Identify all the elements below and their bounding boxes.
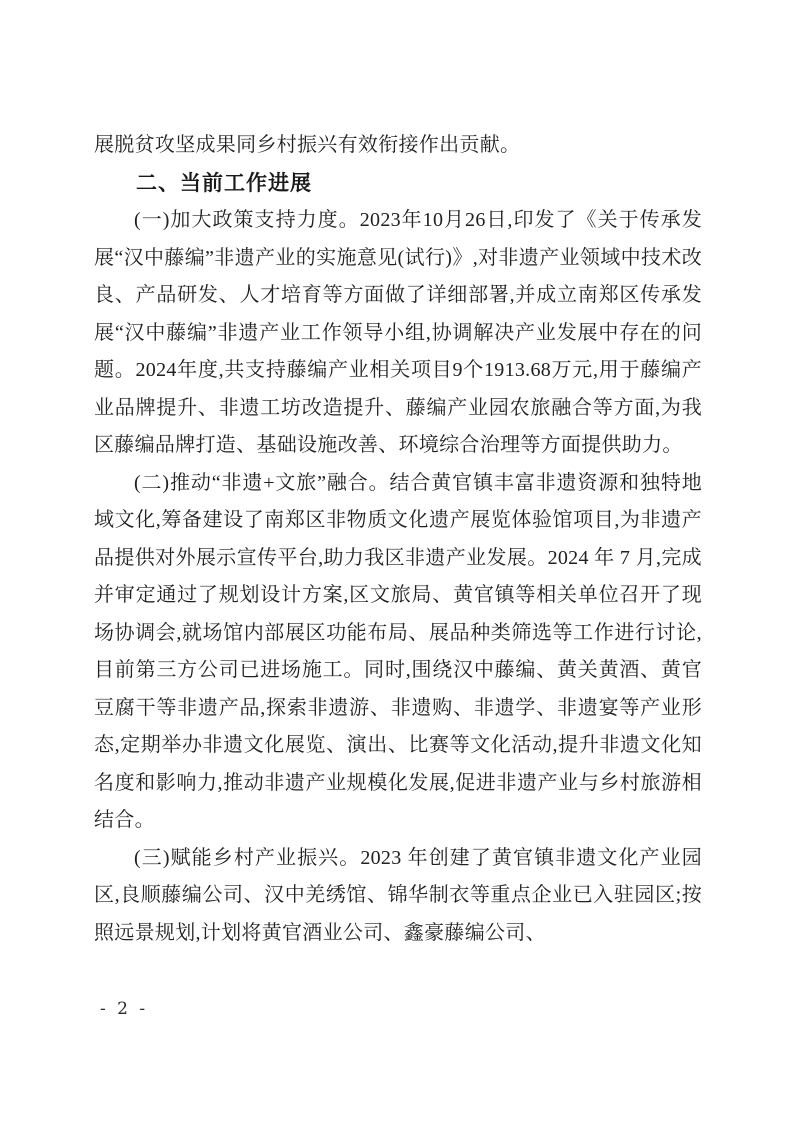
page-number: - 2 - (100, 999, 148, 1019)
paragraph-lead: (三)赋能乡村产业振兴。 (134, 847, 360, 869)
paragraph-body: 结合黄官镇丰富非遗资源和独特地域文化,筹备建设了南郑区非物质文化遗产展览体验馆项… (94, 472, 702, 832)
document-body: 展脱贫攻坚成果同乡村振兴有效衔接作出贡献。 二、当前工作进展 (一)加大政策支持… (94, 127, 702, 952)
continuation-paragraph: 展脱贫攻坚成果同乡村振兴有效衔接作出贡献。 (94, 127, 702, 165)
paragraph: (三)赋能乡村产业振兴。2023 年创建了黄官镇非遗文化产业园区,良顺藤编公司、… (94, 840, 702, 953)
document-page: 展脱贫攻坚成果同乡村振兴有效衔接作出贡献。 二、当前工作进展 (一)加大政策支持… (0, 0, 792, 1121)
paragraph-lead: (二)推动“非遗+文旅”融合。 (134, 472, 389, 494)
paragraph: (一)加大政策支持力度。2023年10月26日,印发了《关于传承发展“汉中藤编”… (94, 202, 702, 465)
paragraph-body: 2023年10月26日,印发了《关于传承发展“汉中藤编”非遗产业的实施意见(试行… (94, 209, 702, 456)
paragraph: (二)推动“非遗+文旅”融合。结合黄官镇丰富非遗资源和独特地域文化,筹备建设了南… (94, 465, 702, 840)
paragraph-lead: (一)加大政策支持力度。 (134, 209, 360, 231)
section-heading: 二、当前工作进展 (94, 165, 702, 203)
